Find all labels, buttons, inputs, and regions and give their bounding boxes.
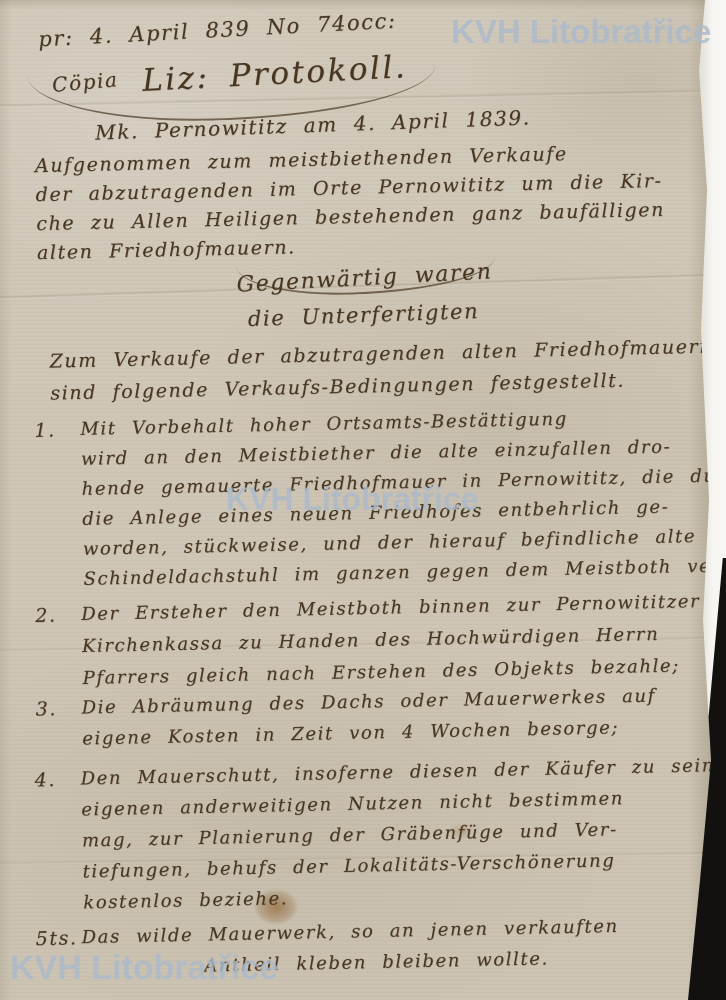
condition-lines: Der Ersteher den Meistboth binnen zur Pe… <box>81 591 702 700</box>
condition-item-4: 4. Den Mauerschutt, insoferne diesen der… <box>34 755 726 925</box>
watermark-bottom-left: KVH Litobratřice <box>10 949 278 988</box>
preamble-paragraph: Zum Verkaufe der abzutragenden alten Fri… <box>49 335 722 414</box>
condition-lines: Den Mauerschutt, insoferne diesen der Kä… <box>80 755 726 924</box>
watermark-middle: KVH Litobratřice <box>226 481 478 518</box>
registry-note: pr: 4. April 839 No 74occ: <box>38 9 397 52</box>
condition-number: 2. <box>35 604 83 701</box>
paper-edge-shade-top <box>0 0 726 10</box>
condition-number: 3. <box>35 698 82 761</box>
paper-edge-shade-left <box>0 0 12 1000</box>
condition-item-3: 3. Die Abräumung des Dachs oder Mauerwer… <box>35 686 657 761</box>
condition-lines: Die Abräumung des Dachs oder Mauerwerkes… <box>81 686 657 760</box>
condition-number: 1. <box>34 419 84 600</box>
scanned-document: pr: 4. April 839 No 74occ: Cöpia Liz: Pr… <box>0 0 726 1000</box>
intro-paragraph: Aufgenommen zum meistbiethenden Verkaufe… <box>35 141 666 271</box>
condition-item-2: 2. Der Ersteher den Meistboth binnen zur… <box>35 591 702 701</box>
condition-number: 4. <box>34 769 83 925</box>
watermark-top-right: KVH Litobratřice <box>451 13 711 51</box>
present-subheading: die Unterfertigten <box>246 299 482 331</box>
